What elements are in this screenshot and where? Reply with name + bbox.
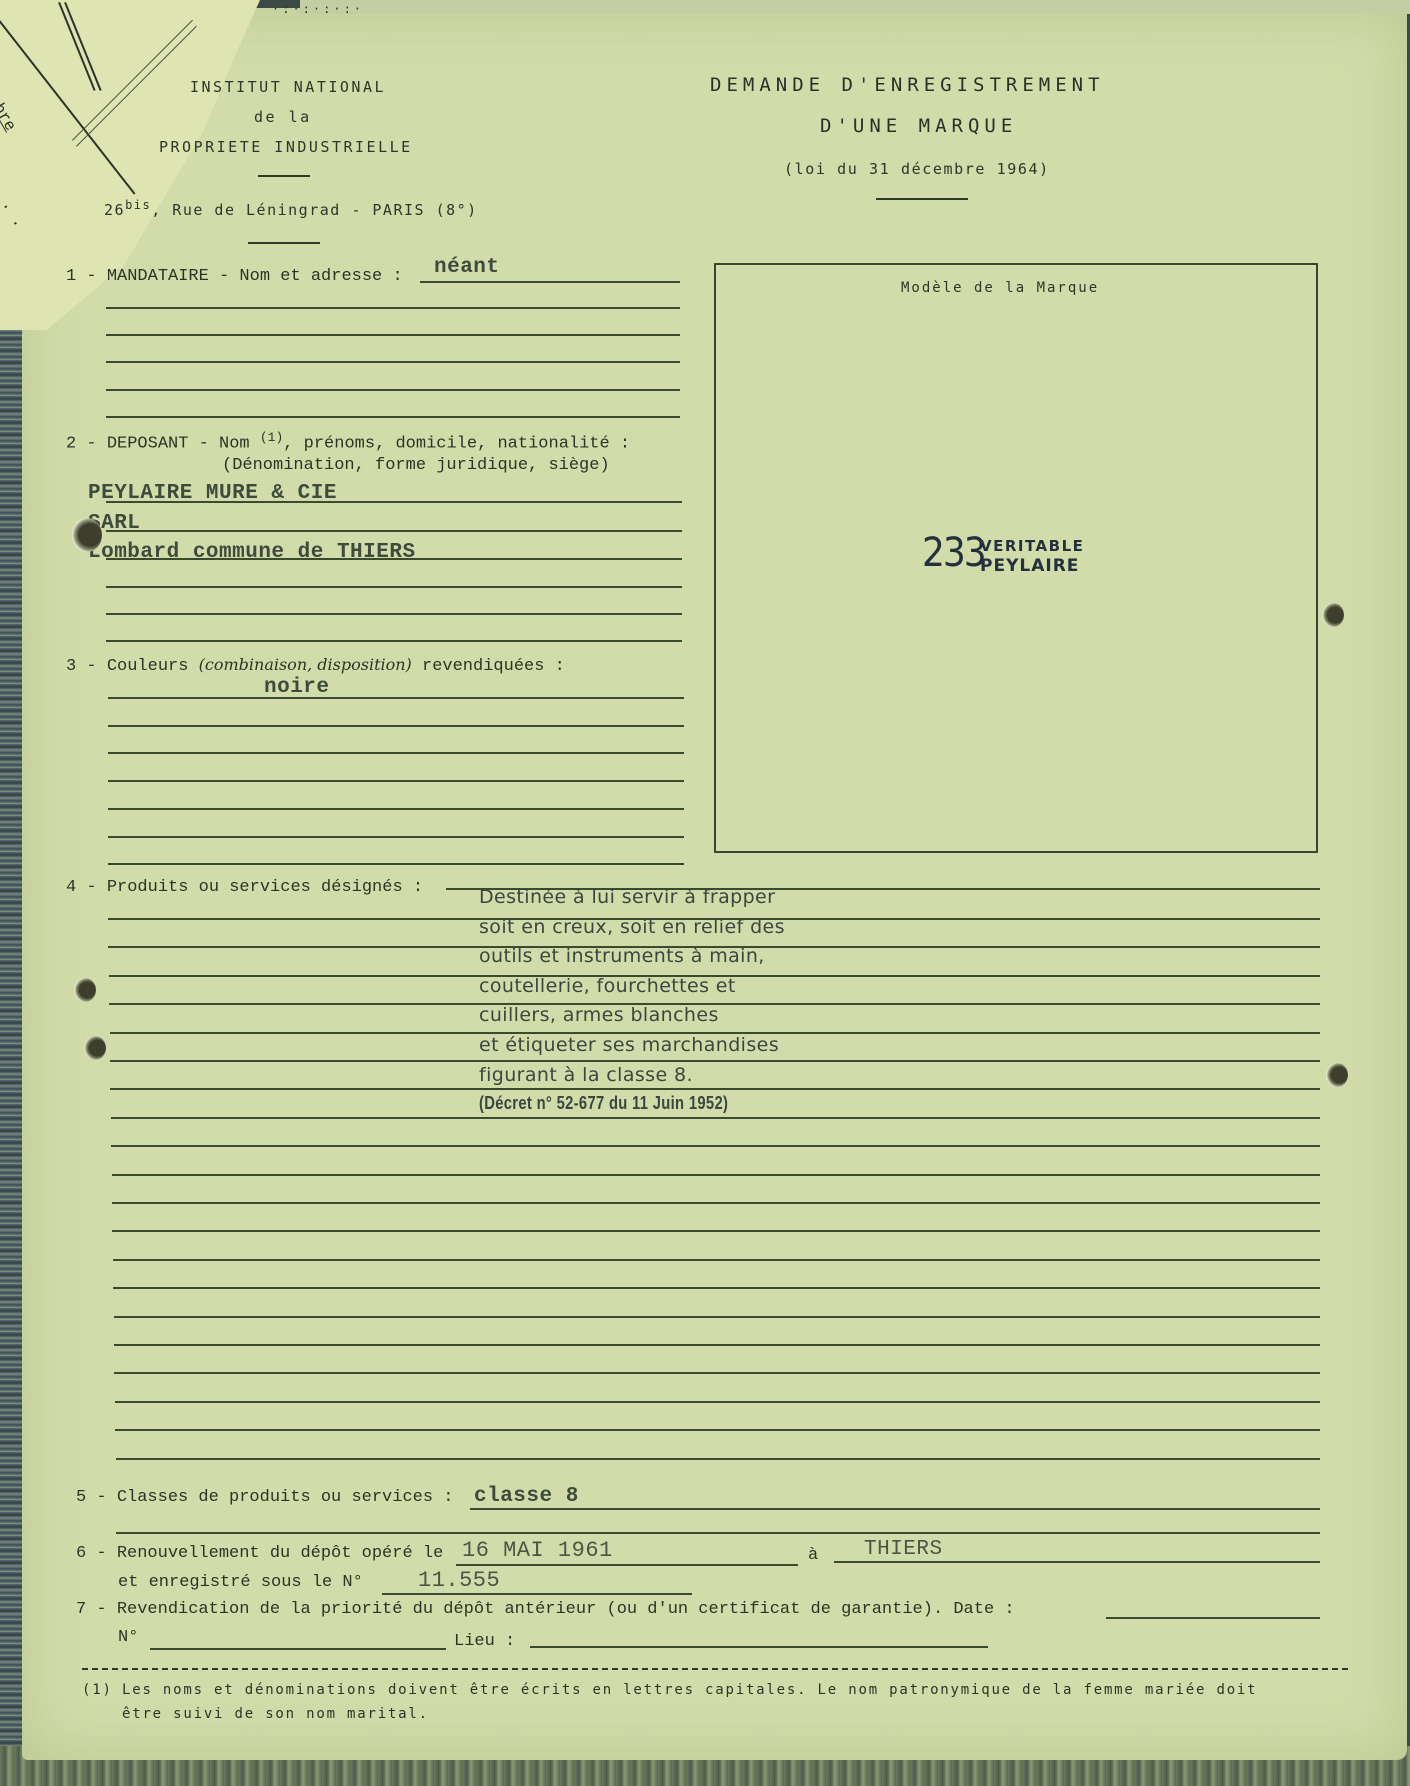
field-line — [114, 1344, 1320, 1346]
field-line — [110, 1088, 1320, 1090]
section-label-italic: (combinaison, disposition) — [199, 655, 412, 674]
section-label: Renouvellement du dépôt opéré le — [117, 1544, 443, 1563]
field-line — [110, 1060, 1320, 1062]
field-line — [112, 1202, 1320, 1204]
section-label-cont: , prénoms, domicile, nationalité : — [283, 435, 630, 454]
priority-place-label: Lieu : — [454, 1632, 515, 1651]
field-line — [106, 558, 682, 560]
field-line — [108, 697, 684, 699]
section-label: MANDATAIRE - Nom et adresse : — [107, 267, 403, 286]
field-line — [108, 780, 684, 782]
section-7-label: 7 - Revendication de la priorité du dépô… — [76, 1600, 1015, 1619]
field-line — [106, 361, 680, 363]
field-line — [106, 530, 682, 532]
footnote-separator — [82, 1668, 1348, 1670]
border-line — [58, 2, 95, 91]
trademark-model-label: Modèle de la Marque — [901, 280, 1099, 296]
section-5-label: 5 - Classes de produits ou services : — [76, 1488, 453, 1507]
field-line — [470, 1508, 1320, 1510]
field-line — [112, 1230, 1320, 1232]
section-label: Couleurs — [107, 657, 189, 676]
field-line — [113, 1259, 1320, 1261]
border-line — [64, 2, 101, 91]
colors-value[interactable]: noire — [264, 676, 330, 699]
footnote-ref: (1) — [260, 430, 283, 445]
section-3-label: 3 - Couleurs (combinaison, disposition) … — [66, 655, 565, 676]
section-label: Revendication de la priorité du dépôt an… — [117, 1600, 1015, 1619]
address-sup: bis — [125, 198, 151, 212]
products-stamp-line: coutellerie, fourchettes et — [479, 975, 736, 997]
punch-hole — [1326, 1063, 1348, 1087]
renewal-date-value[interactable]: 16 MAI 1961 — [462, 1538, 613, 1563]
products-stamp-line: et étiqueter ses marchandises — [479, 1034, 779, 1056]
section-2-label: 2 - DEPOSANT - Nom (1), prénoms, domicil… — [66, 430, 630, 454]
punch-hole — [84, 1036, 106, 1060]
field-line — [106, 307, 680, 309]
field-line — [108, 808, 684, 810]
products-stamp-line: (Décret n° 52-677 du 11 Juin 1952) — [479, 1093, 728, 1114]
section-2-sublabel: (Dénomination, forme juridique, siège) — [222, 456, 610, 475]
classes-value[interactable]: classe 8 — [474, 1485, 579, 1508]
registration-number-value[interactable]: 11.555 — [418, 1568, 500, 1593]
previous-page-text: mbre — [0, 92, 19, 134]
law-reference: (loi du 31 décembre 1964) — [784, 160, 1050, 178]
section-label: Produits ou services désignés : — [107, 878, 423, 897]
address-number: 26 — [104, 201, 125, 219]
field-line — [108, 725, 684, 727]
field-line — [106, 501, 682, 503]
field-line — [834, 1561, 1320, 1563]
products-stamp-line: soit en creux, soit en relief des — [479, 916, 785, 938]
mandataire-value[interactable]: néant — [434, 256, 500, 279]
footnote-line2: être suivi de son nom marital. — [122, 1706, 429, 1722]
form-title-line1: DEMANDE D'ENREGISTREMENT — [710, 74, 1105, 96]
products-stamp-line: figurant à la classe 8. — [479, 1064, 693, 1086]
section-6-label: 6 - Renouvellement du dépôt opéré le — [76, 1544, 443, 1563]
punch-hole — [1322, 603, 1344, 627]
field-line — [116, 1532, 1320, 1534]
field-line — [113, 1287, 1320, 1289]
deposant-value-3[interactable]: Lombard commune de THIERS — [88, 541, 416, 564]
section-number: 2 - — [66, 435, 97, 454]
priority-number-field[interactable] — [150, 1648, 446, 1650]
field-line — [114, 1372, 1320, 1374]
field-line — [420, 281, 680, 283]
issuer-line2: de la — [254, 108, 312, 126]
field-line — [106, 586, 682, 588]
priority-date-field[interactable] — [1106, 1617, 1320, 1619]
at-label: à — [808, 1546, 818, 1565]
field-line — [112, 1174, 1320, 1176]
section-1-label: 1 - MANDATAIRE - Nom et adresse : — [66, 267, 403, 286]
field-line — [114, 1316, 1320, 1318]
field-line — [106, 640, 682, 642]
trademark-word-top: VERITABLE — [980, 536, 1084, 556]
section-label: Classes de produits ou services : — [117, 1488, 454, 1507]
priority-place-field[interactable] — [530, 1646, 988, 1648]
field-line — [108, 863, 684, 865]
page-top-strip — [300, 0, 1410, 14]
issuer-line3: PROPRIETE INDUSTRIELLE — [159, 138, 413, 156]
products-stamp-line: outils et instruments à main, — [479, 945, 765, 967]
section-number: 6 - — [76, 1544, 107, 1563]
divider — [258, 175, 310, 177]
section-number: 1 - — [66, 267, 97, 286]
priority-number-label: N° — [118, 1628, 138, 1647]
divider — [248, 242, 320, 244]
section-label: DEPOSANT - Nom — [107, 435, 250, 454]
products-stamp-line: Destinée à lui servir à frapper — [479, 886, 775, 908]
products-stamp-line: cuillers, armes blanches — [479, 1004, 719, 1026]
field-line — [106, 613, 682, 615]
trademark-number: 233 — [922, 530, 985, 576]
issuer-address: 26bis, Rue de Léningrad - PARIS (8°) — [104, 198, 478, 219]
field-line — [111, 1145, 1320, 1147]
form-title-line2: D'UNE MARQUE — [820, 115, 1017, 137]
field-line — [106, 389, 680, 391]
field-line — [106, 334, 680, 336]
issuer-line1: INSTITUT NATIONAL — [190, 78, 386, 96]
field-line — [108, 752, 684, 754]
divider — [876, 198, 968, 200]
punch-hole — [72, 518, 102, 552]
field-line — [115, 1401, 1320, 1403]
registration-label: et enregistré sous le N° — [118, 1573, 363, 1592]
footnote-marker: (1) — [82, 1682, 113, 1698]
field-line — [106, 416, 680, 418]
address-rest: , Rue de Léningrad - PARIS (8°) — [151, 201, 477, 219]
section-number: 3 - — [66, 657, 97, 676]
section-4-label: 4 - Produits ou services désignés : — [66, 878, 423, 897]
punch-hole — [74, 978, 96, 1002]
trademark-word-bottom: PEYLAIRE — [980, 556, 1079, 576]
footnote-line1: Les noms et dénominations doivent être é… — [122, 1682, 1257, 1698]
section-label-cont: revendiquées : — [422, 657, 565, 676]
section-number: 4 - — [66, 878, 97, 897]
top-marks: ·:·:·:·:· — [272, 2, 364, 16]
field-line — [456, 1564, 798, 1566]
section-number: 5 - — [76, 1488, 107, 1507]
field-line — [115, 1429, 1320, 1431]
field-line — [111, 1117, 1320, 1119]
field-line — [108, 836, 684, 838]
section-number: 7 - — [76, 1600, 107, 1619]
previous-page-dots: . . . — [0, 180, 28, 231]
renewal-place-value[interactable]: THIERS — [864, 1538, 943, 1561]
field-line — [382, 1593, 692, 1595]
field-line — [116, 1458, 1320, 1460]
